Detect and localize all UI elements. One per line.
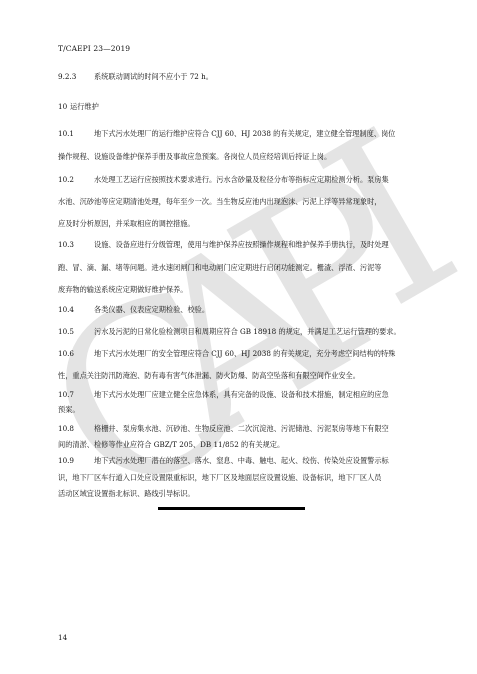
section-title: 运行维护: [70, 102, 99, 111]
clause-text: 各类仪器、仪表应定期检验、校验。: [94, 305, 209, 314]
clause-number: 10.4: [58, 305, 94, 314]
clause-text: 格栅井、泵房集水池、沉砂池、生物反应池、二次沉淀池、污泥储池、污泥泵房等地下有限…: [94, 424, 389, 433]
clause-10-6: 10.6地下式污水处理厂的安全管理应符合 CJJ 60、HJ 2038 的有关规…: [58, 349, 428, 358]
clause-text: 地下式污水处理厂的运行维护应符合 CJJ 60、HJ 2038 的有关规定，建立…: [94, 129, 395, 138]
clause-10-5: 10.5污水及污泥的日常化验检测项目和周期应符合 GB 18918 的规定，并满…: [58, 327, 428, 336]
clause-text: 地下式污水处理厂潜在的落空、落水、窒息、中毒、触电、起火、绞伤、传染处应设置警示…: [94, 456, 389, 465]
clause-text: 地下式污水处理厂的安全管理应符合 CJJ 60、HJ 2038 的有关规定，充分…: [94, 349, 395, 358]
clause-text: 设施、设备应进行分级管理，使用与维护保养应按照操作规程和维护保养手册执行，及时处…: [94, 240, 389, 249]
clause-number: 9.2.3: [58, 72, 94, 81]
clause-10-7: 10.7地下式污水处理厂应建立健全应急体系，具有完备的设施、设备和技术措施，制定…: [58, 390, 428, 399]
clause-10-1-cont: 操作规程、设施设备维护保养手册及事故应急预案。各岗位人员应经培训后持证上岗。: [58, 152, 428, 161]
document-page: T/CAEPI 23—2019 9.2.3系统联动调试的时间不应小于 72 h。…: [0, 0, 477, 674]
clause-number: 10.1: [58, 129, 94, 138]
end-of-document-rule: [158, 507, 305, 510]
clause-10-1: 10.1地下式污水处理厂的运行维护应符合 CJJ 60、HJ 2038 的有关规…: [58, 129, 428, 138]
clause-10-8-cont: 间的清淤、检修等作业应符合 GBZ/T 205、DB 11/852 的有关规定。: [58, 440, 428, 449]
clause-10-9-cont: 识，地下厂区车行道入口处应设置限重标识，地下厂区及地面层应设置设施、设备标识，地…: [58, 473, 428, 482]
clause-number: 10.8: [58, 424, 94, 433]
clause-9-2-3: 9.2.3系统联动调试的时间不应小于 72 h。: [58, 72, 428, 81]
clause-10-2: 10.2水处理工艺运行应按照技术要求进行。污水含砂量及粒径分布等指标应定期检测分…: [58, 175, 428, 184]
clause-text: 系统联动调试的时间不应小于 72 h。: [94, 72, 213, 81]
clause-text: 水处理工艺运行应按照技术要求进行。污水含砂量及粒径分布等指标应定期检测分析。泵房…: [94, 175, 389, 184]
clause-number: 10.5: [58, 327, 94, 336]
section-number: 10: [58, 102, 70, 111]
clause-number: 10.7: [58, 390, 94, 399]
clause-number: 10.2: [58, 175, 94, 184]
clause-10-4: 10.4各类仪器、仪表应定期检验、校验。: [58, 305, 428, 314]
clause-number: 10.6: [58, 349, 94, 358]
clause-10-8: 10.8格栅井、泵房集水池、沉砂池、生物反应池、二次沉淀池、污泥储池、污泥泵房等…: [58, 424, 428, 433]
clause-10-3-cont: 废弃物的输送系统应定期做好维护保养。: [58, 285, 428, 294]
clause-10-2-cont: 应及时分析原因，并采取相应的调控措施。: [58, 219, 428, 228]
clause-text: 污水及污泥的日常化验检测项目和周期应符合 GB 18918 的规定，并满足工艺运…: [94, 327, 401, 336]
clause-number: 10.9: [58, 456, 94, 465]
standard-header: T/CAEPI 23—2019: [58, 44, 130, 53]
section-heading: 10运行维护: [58, 102, 428, 111]
clause-10-9-cont: 活动区域宜设置指北标识、路线引导标识。: [58, 489, 428, 498]
clause-10-2-cont: 水池、沉砂池等应定期清池处理，每年至少一次。当生物反应池内出现泡沫、污泥上浮等异…: [58, 197, 428, 206]
clause-number: 10.3: [58, 240, 94, 249]
clause-10-9: 10.9地下式污水处理厂潜在的落空、落水、窒息、中毒、触电、起火、绞伤、传染处应…: [58, 456, 428, 465]
clause-10-3: 10.3设施、设备应进行分级管理，使用与维护保养应按照操作规程和维护保养手册执行…: [58, 240, 428, 249]
clause-10-6-cont: 性，重点关注防汛防淹泡、防有毒有害气体泄漏、防火防爆、防高空坠落和有限空间作业安…: [58, 371, 428, 380]
clause-text: 地下式污水处理厂应建立健全应急体系，具有完备的设施、设备和技术措施，制定相应的应…: [94, 390, 389, 399]
clause-10-7-cont: 预案。: [58, 405, 428, 414]
clause-10-3-cont: 跑、冒、滴、漏、堵等问题。进水速闭闸门和电动闸门应定期进行启闭功能测定。栅渣、浮…: [58, 263, 428, 272]
page-number: 14: [58, 633, 67, 642]
